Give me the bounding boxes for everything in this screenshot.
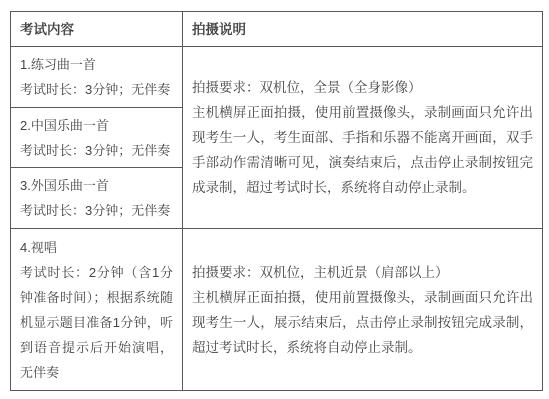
shooting-requirement-group1: 拍摄要求：双机位，全景（全身影像） [192,75,533,100]
exam-item-3-cell: 3.外国乐曲一首 考试时长：3分钟；无伴奏 [11,168,183,229]
exam-item-2-title: 2.中国乐曲一首 [20,113,173,138]
instructions-items-1-3-cell: 拍摄要求：双机位，全景（全身影像） 主机横屏正面拍摄，使用前置摄像头，录制画面只… [183,47,543,229]
shooting-detail-group1: 主机横屏正面拍摄，使用前置摄像头，录制画面只允许出现考生一人，考生面部、手指和乐… [192,100,533,200]
table-row: 1.练习曲一首 考试时长：3分钟；无伴奏 拍摄要求：双机位，全景（全身影像） 主… [11,47,543,108]
exam-item-3-title: 3.外国乐曲一首 [20,173,173,198]
shooting-requirement-group2: 拍摄要求：双机位，主机近景（肩部以上） [192,260,533,285]
exam-item-1-duration: 考试时长：3分钟；无伴奏 [20,77,173,102]
exam-item-4-title: 4.视唱 [20,235,173,260]
shooting-detail-group2: 主机横屏正面拍摄，使用前置摄像头，录制画面只允许出现考生一人，展示结束后，点击停… [192,285,533,360]
exam-item-2-duration: 考试时长：3分钟；无伴奏 [20,138,173,163]
exam-instructions-table: 考试内容 拍摄说明 1.练习曲一首 考试时长：3分钟；无伴奏 拍摄要求：双机位，… [10,11,543,391]
column-header-shooting-instructions: 拍摄说明 [183,12,543,47]
exam-item-2-cell: 2.中国乐曲一首 考试时长：3分钟；无伴奏 [11,108,183,168]
exam-item-1-title: 1.练习曲一首 [20,52,173,77]
exam-item-3-duration: 考试时长：3分钟；无伴奏 [20,198,173,223]
instructions-item-4-cell: 拍摄要求：双机位，主机近景（肩部以上） 主机横屏正面拍摄，使用前置摄像头，录制画… [183,229,543,391]
table-row: 4.视唱 考试时长：2分钟（含1分钟准备时间）；根据系统随机显示题目准备1分钟，… [11,229,543,391]
exam-item-1-cell: 1.练习曲一首 考试时长：3分钟；无伴奏 [11,47,183,108]
column-header-exam-content: 考试内容 [11,12,183,47]
exam-item-4-duration: 考试时长：2分钟（含1分钟准备时间）；根据系统随机显示题目准备1分钟，听到语音提… [20,260,173,385]
exam-item-4-cell: 4.视唱 考试时长：2分钟（含1分钟准备时间）；根据系统随机显示题目准备1分钟，… [11,229,183,391]
header-row: 考试内容 拍摄说明 [11,12,543,47]
